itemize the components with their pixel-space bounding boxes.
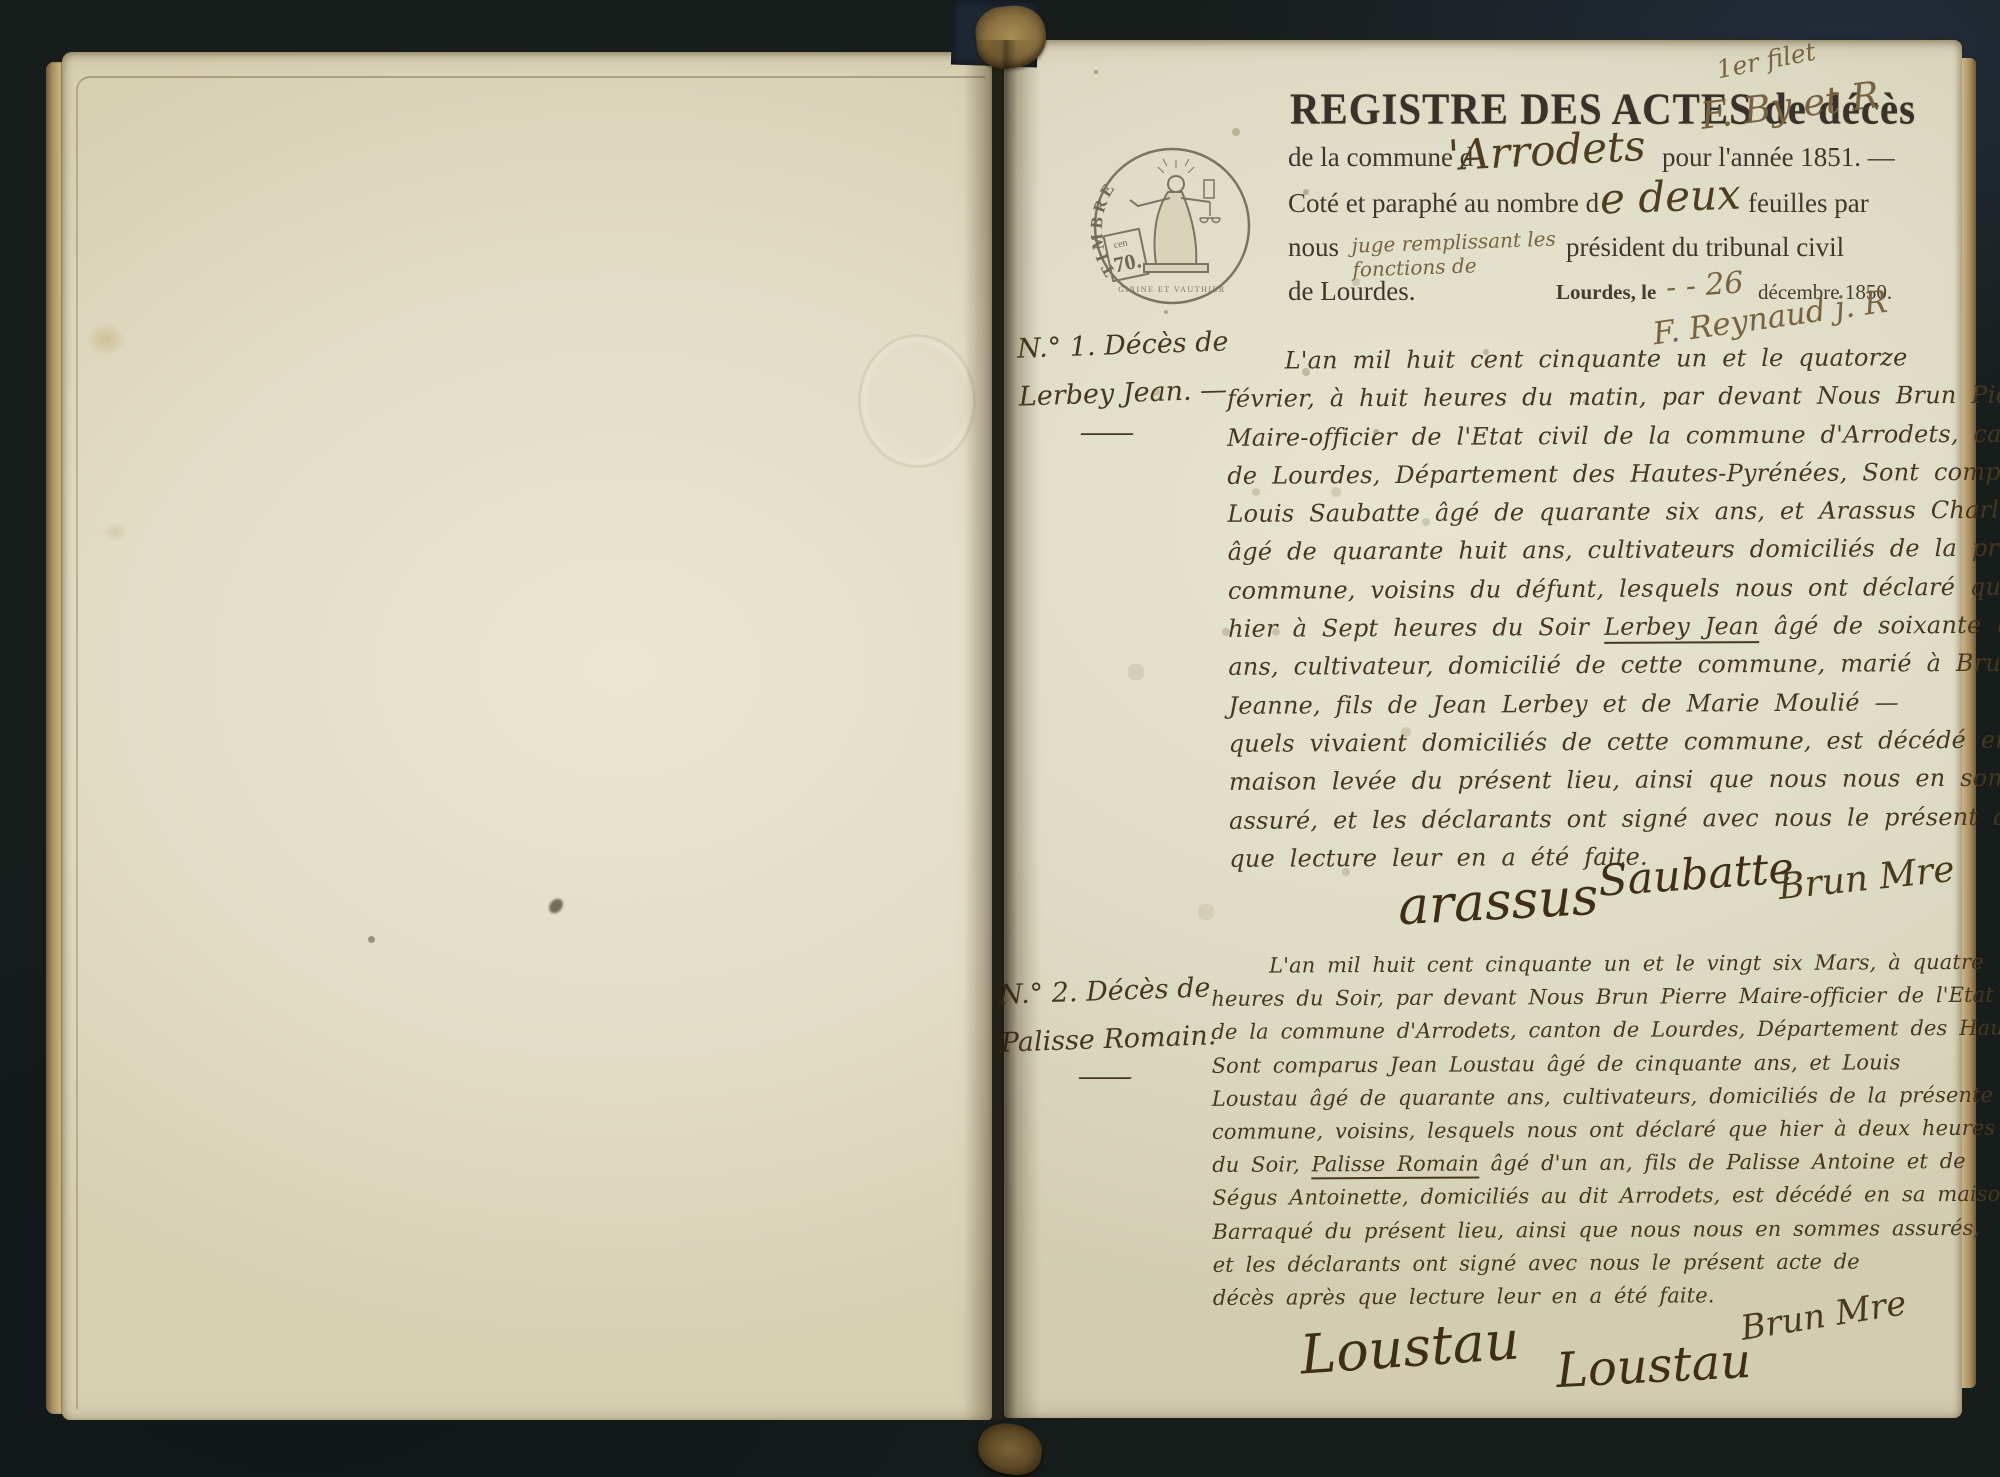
act2-signature-loustau-2: Loustau: [1555, 1333, 1753, 1399]
commune-name-handwritten: 'Arrodets: [1447, 121, 1647, 180]
manuscript-line: Ségus Antoinette, domiciliés au dit Arro…: [1212, 1179, 1936, 1216]
manuscript-line: Barraqué du présent lieu, ainsi que nous…: [1212, 1212, 1936, 1249]
manuscript-line: Louis Saubatte âgé de quarante six ans, …: [1227, 491, 1933, 533]
form-line-sheets-label: Coté et paraphé au nombre d: [1288, 188, 1599, 219]
act1-body-text: L'an mil huit cent cinquante un et le qu…: [1227, 338, 1936, 878]
act2-margin-dash: —: [1076, 1062, 1133, 1092]
manuscript-line: L'an mil huit cent cinquante un et le vi…: [1211, 946, 1935, 983]
line-segment: âgé d'un an, fils de Palisse Antoine et …: [1479, 1149, 1966, 1176]
registry-book-scan: TIMBRE cen 70. GIRINE ET V: [0, 0, 2000, 1477]
manuscript-line: âgé de quarante huit ans, cultivateurs d…: [1228, 530, 1934, 572]
svg-text:70.: 70.: [1111, 247, 1143, 277]
manuscript-line: N.° 1. Décès de: [1016, 318, 1229, 373]
judge-note-handwritten: juge remplissant les fonctions de: [1351, 226, 1563, 281]
page-stains: [62, 52, 992, 1420]
manuscript-line: Maire-officier de l'Etat civil de la com…: [1227, 415, 1933, 457]
sheets-count-handwritten: e deux: [1599, 170, 1741, 224]
manuscript-line: Sont comparus Jean Loustau âgé de cinqua…: [1212, 1046, 1936, 1083]
manuscript-line: heures du Soir, par devant Nous Brun Pie…: [1211, 979, 1935, 1016]
form-line-president-label: président du tribunal civil: [1566, 232, 1844, 263]
blank-left-page: [62, 52, 992, 1420]
act1-signature-arassus: arassus: [1397, 867, 1600, 937]
stain-spot: [546, 896, 565, 916]
underlined-name: Palisse Romain: [1311, 1152, 1478, 1180]
stain-spot: [368, 936, 375, 943]
form-line-nous-label: nous: [1288, 232, 1339, 263]
manuscript-line: N.° 2. Décès de: [998, 964, 1215, 1019]
manuscript-line: commune, voisins du défunt, lesquels nou…: [1228, 568, 1934, 610]
act2-body-text: L'an mil huit cent cinquante un et le vi…: [1211, 946, 1937, 1315]
form-line-lourdes-label: de Lourdes.: [1288, 276, 1415, 307]
form-line-year-label: pour l'année 1851. —: [1662, 142, 1895, 173]
line-segment: hier à Sept heures du Soir: [1228, 613, 1604, 643]
stain-spot: [86, 322, 126, 356]
act1-margin-note: N.° 1. Décès deLerbey Jean. —: [1016, 318, 1231, 421]
manuscript-line: assuré, et les déclarants ont signé avec…: [1229, 798, 1935, 840]
manuscript-line: de la commune d'Arrodets, canton de Lour…: [1211, 1013, 1935, 1050]
binding-knot-bottom: [975, 1420, 1045, 1477]
form-line-commune-label: de la commune d: [1288, 142, 1473, 173]
underlined-name: Lerbey Jean: [1604, 612, 1759, 644]
manuscript-line: ans, cultivateur, domicilié de cette com…: [1228, 645, 1934, 687]
manuscript-line: du Soir, Palisse Romain âgé d'un an, fil…: [1212, 1145, 1936, 1182]
form-line-sheets-suffix: feuilles par: [1748, 188, 1869, 219]
embossed-seal-impression: [858, 334, 976, 468]
act2-margin-note: N.° 2. Décès dePalisse Romain.: [998, 964, 1217, 1067]
revenue-stamp: TIMBRE cen 70. GIRINE ET V: [1086, 140, 1258, 312]
manuscript-line: maison levée du présent lieu, ainsi que …: [1229, 759, 1935, 801]
manuscript-line: hier à Sept heures du Soir Lerbey Jean â…: [1228, 606, 1934, 648]
line-segment: du Soir,: [1212, 1153, 1311, 1178]
date-day-handwritten: - - 26: [1665, 265, 1745, 305]
stamp-engraver: GIRINE ET VAUTHIER: [1118, 285, 1225, 294]
manuscript-line: février, à huit heures du matin, par dev…: [1227, 376, 1933, 418]
manuscript-line: Jeanne, fils de Jean Lerbey et de Marie …: [1228, 683, 1934, 725]
manuscript-line: Palisse Romain.: [1000, 1012, 1217, 1067]
manuscript-line: Lerbey Jean. —: [1018, 366, 1231, 421]
manuscript-line: commune, voisins, lesquels nous ont décl…: [1212, 1112, 1936, 1149]
foxing-spots: [1094, 70, 1098, 74]
manuscript-line: Loustau âgé de quarante ans, cultivateur…: [1212, 1079, 1936, 1116]
stain-spot: [102, 522, 128, 542]
date-place-label: Lourdes, le: [1556, 280, 1656, 305]
manuscript-line: L'an mil huit cent cinquante un et le qu…: [1227, 338, 1933, 380]
manuscript-line: de Lourdes, Département des Hautes-Pyrén…: [1227, 453, 1933, 495]
manuscript-line: et les déclarants ont signé avec nous le…: [1213, 1245, 1937, 1282]
manuscript-line: quels vivaient domiciliés de cette commu…: [1229, 721, 1935, 763]
act1-margin-dash: —: [1078, 418, 1135, 448]
line-segment: âgé de soixante quatre: [1759, 610, 2000, 640]
